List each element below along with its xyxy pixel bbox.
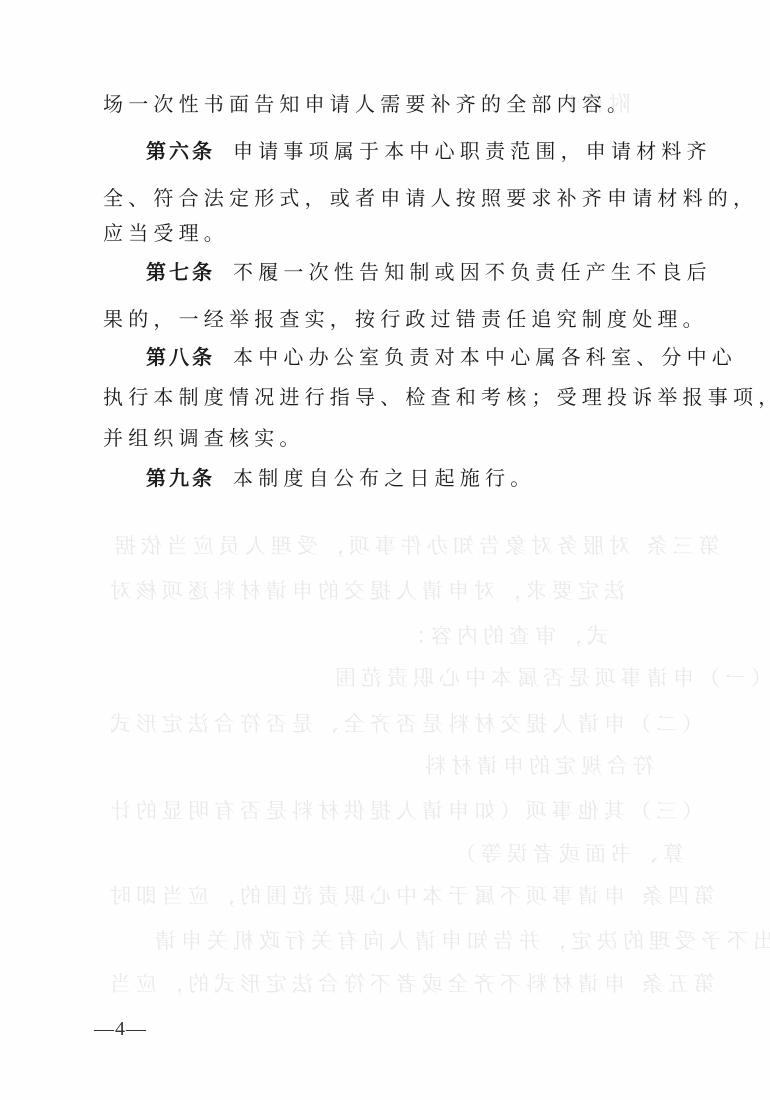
bleed-through-text: 算、书面或者误等） — [450, 838, 684, 868]
bleed-through-text: 式，审查的内容： — [400, 620, 608, 650]
bleed-through-text: 第三条 对服务对象告知办件事项，受理人员应当依据 — [110, 530, 720, 560]
line-text: 并组织调查核实。 — [103, 426, 305, 450]
page-number: —4— — [94, 1018, 147, 1041]
bleed-through-text: （三）其他事项（如申请人提供材料是否有明显的计 — [105, 795, 703, 825]
bleed-through-text: 作出不予受理的决定，并告知申请人向有关行政机关申请 — [150, 925, 770, 955]
article-number: 第七条 — [146, 260, 215, 284]
bleed-through-text: 第四条 申请事项不属于本中心职责范围的，应当即时 — [105, 880, 715, 910]
line-text: 申请事项属于本中心职责范围，申请材料齐 — [233, 139, 712, 163]
article-7: 第七条不履一次性告知制或因不负责任产生不良后 — [146, 260, 712, 284]
line-text: 果的，一经举报查实，按行政过错责任追究制度处理。 — [103, 307, 708, 331]
article-number: 第八条 — [146, 345, 215, 369]
line-text: 本制度自公布之日起施行。 — [233, 466, 535, 490]
article-number: 第九条 — [146, 466, 215, 490]
line-text: 应当受理。 — [103, 221, 229, 245]
line-text: 不履一次性告知制或因不负责任产生不良后 — [233, 260, 712, 284]
bleed-through-text: 第五条 申请材料不齐全或者不符合法定形式的，应当 — [105, 968, 715, 998]
article-9: 第九条本制度自公布之日起施行。 — [146, 466, 535, 490]
bleed-through-text: （一）申请事项是否属本中心职责范围 — [330, 662, 770, 692]
article-number: 第六条 — [146, 139, 215, 163]
body-line: 果的，一经举报查实，按行政过错责任追究制度处理。 — [103, 307, 708, 331]
body-line: 执行本制度情况进行指导、检查和考核；受理投诉举报事项， — [103, 385, 770, 409]
line-text: 本中心办公室负责对本中心属各科室、分中心 — [233, 345, 737, 369]
line-text: 执行本制度情况进行指导、检查和考核；受理投诉举报事项， — [103, 385, 770, 409]
body-line: 全、符合法定形式，或者申请人按照要求补齐申请材料的， — [103, 186, 758, 210]
bleed-through-text: 法定要求，对申请人提交的申请材料逐项核对 — [105, 575, 625, 605]
article-6: 第六条申请事项属于本中心职责范围，申请材料齐 — [146, 139, 712, 163]
line-text: 全、符合法定形式，或者申请人按照要求补齐申请材料的， — [103, 186, 758, 210]
bleed-through-text: （二）申请人提交材料是否齐全、是否符合法定形式 — [105, 708, 703, 738]
article-8: 第八条本中心办公室负责对本中心属各科室、分中心 — [146, 345, 737, 369]
line-text: 场一次性书面告知申请人需要补齐的全部内容。 — [103, 92, 632, 116]
bleed-through-text: 符合规定的申请材料 — [420, 750, 654, 780]
body-line: 应当受理。 — [103, 221, 229, 245]
body-line: 场一次性书面告知申请人需要补齐的全部内容。 — [103, 92, 632, 116]
body-line: 并组织调查核实。 — [103, 426, 305, 450]
document-page: 附件1 第三条 对服务对象告知办件事项，受理人员应当依据 法定要求，对申请人提交… — [0, 0, 770, 1100]
